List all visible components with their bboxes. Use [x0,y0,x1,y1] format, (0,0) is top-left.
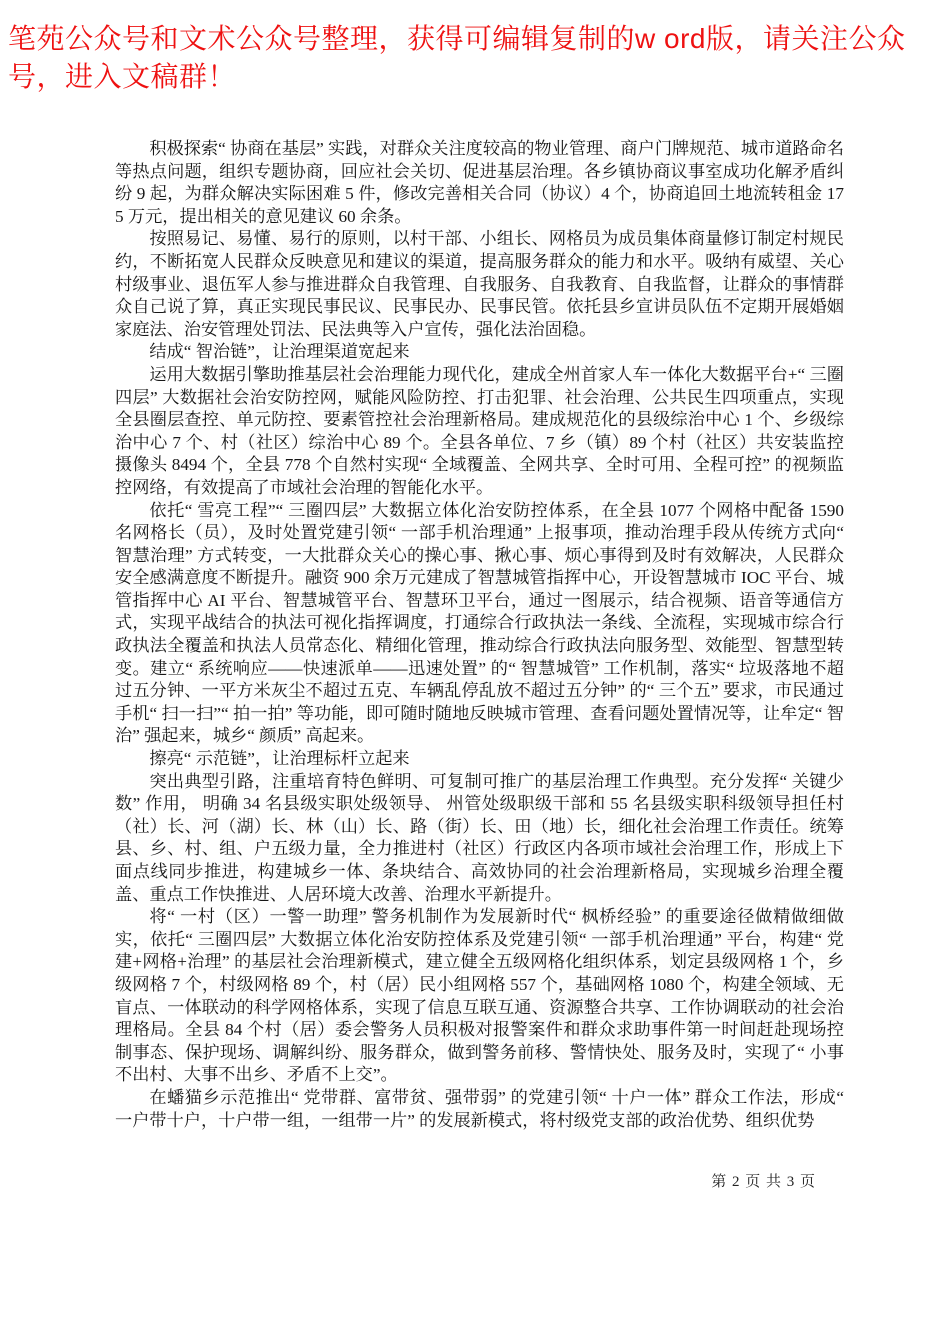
section-heading: 结成“ 智治链”，让治理渠道宽起来 [115,341,844,364]
paragraph: 按照易记、易懂、易行的原则，以村干部、小组长、网格员为成员集体商量修订制定村规民… [115,228,844,341]
document-page: 笔苑公众号和文术公众号整理，获得可编辑复制的w ord版，请关注公众号，进入文稿… [0,0,950,1344]
section-heading: 擦亮“ 示范链”，让治理标杆立起来 [115,748,844,771]
paragraph: 运用大数据引擎助推基层社会治理能力现代化，建成全州首家人车一体化大数据平台+“ … [115,364,844,500]
page-number-label: 第 2 页 共 3 页 [711,1174,816,1190]
paragraph: 依托“ 雪亮工程”“ 三圈四层” 大数据立体化治安防控体系，在全县 1077 个… [115,500,844,749]
paragraph: 在蟠猫乡示范推出“ 党带群、富带贫、强带弱” 的党建引领“ 十户一体” 群众工作… [115,1087,844,1132]
page-footer: 第 2 页 共 3 页 [115,1170,816,1191]
document-body: 积极探索“ 协商在基层” 实践，对群众关注度较高的物业管理、商户门牌规范、城市道… [115,138,844,1132]
paragraph: 积极探索“ 协商在基层” 实践，对群众关注度较高的物业管理、商户门牌规范、城市道… [115,138,844,228]
paragraph: 突出典型引路，注重培育特色鲜明、可复制可推广的基层治理工作典型。充分发挥“ 关键… [115,771,844,907]
notice-banner: 笔苑公众号和文术公众号整理，获得可编辑复制的w ord版，请关注公众号，进入文稿… [8,20,946,96]
paragraph: 将“ 一村（区）一警一助理” 警务机制作为发展新时代“ 枫桥经验” 的重要途径做… [115,906,844,1087]
